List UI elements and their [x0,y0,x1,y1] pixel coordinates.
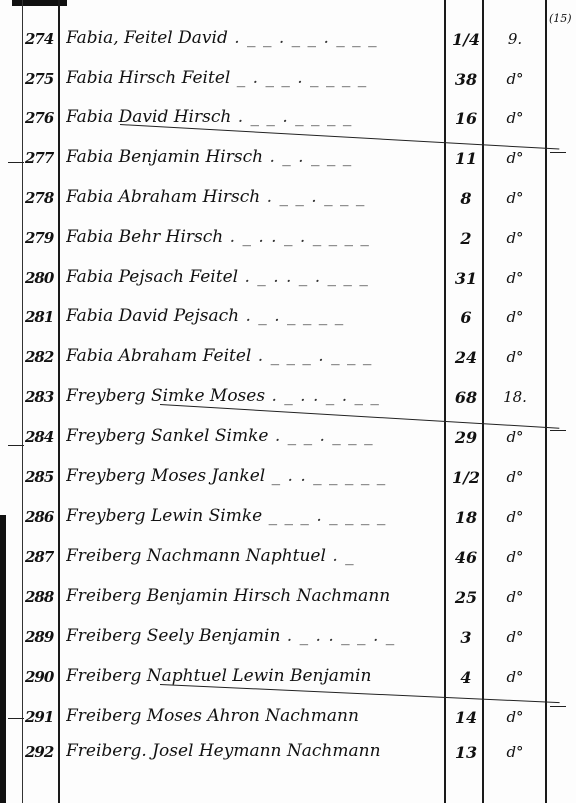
margin-tick [8,718,24,719]
entry-name: Freyberg Simke Moses . _ . . _ . _ _ [66,386,442,406]
entry-age: 11 [448,149,484,168]
entry-number: 285 [25,468,61,486]
entry-name-text: Freiberg Nachmann Naphtuel [66,546,326,566]
entry-name-text: Freyberg Lewin Simke [66,506,262,526]
entry-number: 278 [25,189,61,207]
entry-age: 24 [448,348,484,367]
register-row: 287 Freiberg Nachmann Naphtuel . _ 46 d° [0,540,576,580]
entry-name: Freiberg Naphtuel Lewin Benjamin [66,666,442,686]
register-row: 286 Freyberg Lewin Simke _ _ _ . _ _ _ _… [0,500,576,540]
entry-name-text: Fabia David Hirsch [66,107,231,127]
entry-name-text: Fabia Benjamin Hirsch [66,147,263,167]
entry-name: Fabia Hirsch Feitel _ . _ _ . _ _ _ _ [66,68,442,88]
entry-age: 14 [448,708,484,727]
register-row: 283 Freyberg Simke Moses . _ . . _ . _ _… [0,380,576,420]
register-row: 279 Fabia Behr Hirsch . _ . . _ . _ _ _ … [0,221,576,261]
entry-name-text: Fabia Pejsach Feitel [66,267,238,287]
entry-number: 276 [25,109,61,127]
entry-age: 1/2 [448,468,484,487]
register-row: 282 Fabia Abraham Feitel . _ _ _ . _ _ _… [0,340,576,380]
entry-mark: d° [490,348,540,366]
entry-age: 3 [448,628,484,647]
entry-mark: d° [490,109,540,127]
entry-number: 279 [25,229,61,247]
register-row: 289 Freiberg Seely Benjamin . _ . . _ _ … [0,620,576,660]
entry-name: Freiberg. Josel Heymann Nachmann [66,741,442,761]
entry-mark: d° [490,628,540,646]
register-row: 276 Fabia David Hirsch . _ _ . _ _ _ _ 1… [0,101,576,141]
entry-number: 282 [25,348,61,366]
entry-number: 290 [25,668,61,686]
register-row: 292 Freiberg. Josel Heymann Nachmann 13 … [0,735,576,775]
entry-name-text: Fabia David Pejsach [66,306,239,326]
entry-name-text: Fabia Behr Hirsch [66,227,223,247]
entry-age: 2 [448,229,484,248]
entry-name: Fabia Abraham Feitel . _ _ _ . _ _ _ [66,346,442,366]
register-row: 288 Freiberg Benjamin Hirsch Nachmann 25… [0,580,576,620]
entry-age: 38 [448,70,484,89]
entry-name-text: Fabia Abraham Feitel [66,346,251,366]
register-row: 284 Freyberg Sankel Simke . _ _ . _ _ _ … [0,420,576,460]
entry-name: Fabia Pejsach Feitel . _ . . _ . _ _ _ [66,267,442,287]
entry-name: Fabia Behr Hirsch . _ . . _ . _ _ _ _ [66,227,442,247]
margin-tick [8,162,24,163]
entry-age: 4 [448,668,484,687]
entry-mark: d° [490,468,540,486]
margin-tick-right [550,152,566,153]
entry-mark: d° [490,588,540,606]
entry-name: Freiberg Moses Ahron Nachmann [66,706,442,726]
entry-mark: d° [490,229,540,247]
entry-name: Freyberg Moses Jankel _ . . _ _ _ _ _ [66,466,442,486]
entry-age: 6 [448,308,484,327]
register-page: (15) 274 Fabia, Feitel David . _ _ . _ _… [0,0,576,803]
entry-name-text: Freyberg Moses Jankel [66,466,265,486]
entry-name-text: Freyberg Sankel Simke [66,426,268,446]
entry-mark: d° [490,149,540,167]
register-row: 275 Fabia Hirsch Feitel _ . _ _ . _ _ _ … [0,62,576,102]
entry-number: 287 [25,548,61,566]
entry-mark: d° [490,668,540,686]
entry-number: 277 [25,149,61,167]
entry-age: 16 [448,109,484,128]
register-row: 281 Fabia David Pejsach . _ . _ _ _ _ 6 … [0,300,576,340]
register-row: 290 Freiberg Naphtuel Lewin Benjamin 4 d… [0,660,576,700]
entry-name: Fabia David Pejsach . _ . _ _ _ _ [66,306,442,326]
entry-number: 280 [25,269,61,287]
entry-number: 274 [25,30,61,48]
entry-name: Fabia Benjamin Hirsch . _ . _ _ _ [66,147,442,167]
register-row: 274 Fabia, Feitel David . _ _ . _ _ . _ … [0,22,576,62]
entry-number: 288 [25,588,61,606]
entry-age: 25 [448,588,484,607]
entry-number: 292 [25,743,61,761]
entry-number: 291 [25,708,61,726]
entry-mark: d° [490,308,540,326]
entry-name: Freiberg Nachmann Naphtuel . _ [66,546,442,566]
entry-name: Freyberg Lewin Simke _ _ _ . _ _ _ _ [66,506,442,526]
entry-mark: d° [490,743,540,761]
entry-name: Fabia, Feitel David . _ _ . _ _ . _ _ _ [66,28,442,48]
entry-name-text: Fabia, Feitel David [66,28,228,48]
entry-age: 46 [448,548,484,567]
entry-name: Freiberg Seely Benjamin . _ . . _ _ . _ [66,626,442,646]
entry-age: 68 [448,388,484,407]
entry-age: 31 [448,269,484,288]
entry-name-text: Freyberg Simke Moses [66,386,265,406]
entry-mark: 9. [490,30,540,48]
entry-name: Freiberg Benjamin Hirsch Nachmann [66,586,442,606]
entry-number: 284 [25,428,61,446]
entry-age: 29 [448,428,484,447]
entry-number: 286 [25,508,61,526]
entry-mark: d° [490,508,540,526]
entry-mark: d° [490,708,540,726]
register-row: 278 Fabia Abraham Hirsch . _ _ . _ _ _ 8… [0,181,576,221]
entry-age: 13 [448,743,484,762]
entry-number: 289 [25,628,61,646]
entry-mark: d° [490,548,540,566]
register-row: 291 Freiberg Moses Ahron Nachmann 14 d° [0,700,576,740]
margin-tick [8,445,24,446]
entry-mark: d° [490,189,540,207]
entry-number: 281 [25,308,61,326]
entry-number: 283 [25,388,61,406]
entry-age: 1/4 [448,30,484,49]
register-row: 280 Fabia Pejsach Feitel . _ . . _ . _ _… [0,261,576,301]
entry-name-text: Fabia Hirsch Feitel [66,68,230,88]
entry-age: 8 [448,189,484,208]
register-row: 277 Fabia Benjamin Hirsch . _ . _ _ _ 11… [0,141,576,181]
entry-name-text: Fabia Abraham Hirsch [66,187,260,207]
entry-mark: d° [490,70,540,88]
entry-mark: 18. [490,388,540,406]
register-row: 285 Freyberg Moses Jankel _ . . _ _ _ _ … [0,460,576,500]
entry-name-text: Freiberg Seely Benjamin [66,626,280,646]
margin-tick-right [550,430,566,431]
entry-mark: d° [490,269,540,287]
entry-name: Freyberg Sankel Simke . _ _ . _ _ _ [66,426,442,446]
entry-name: Fabia Abraham Hirsch . _ _ . _ _ _ [66,187,442,207]
entry-mark: d° [490,428,540,446]
entry-number: 275 [25,70,61,88]
entry-age: 18 [448,508,484,527]
margin-tick-right [550,706,566,707]
